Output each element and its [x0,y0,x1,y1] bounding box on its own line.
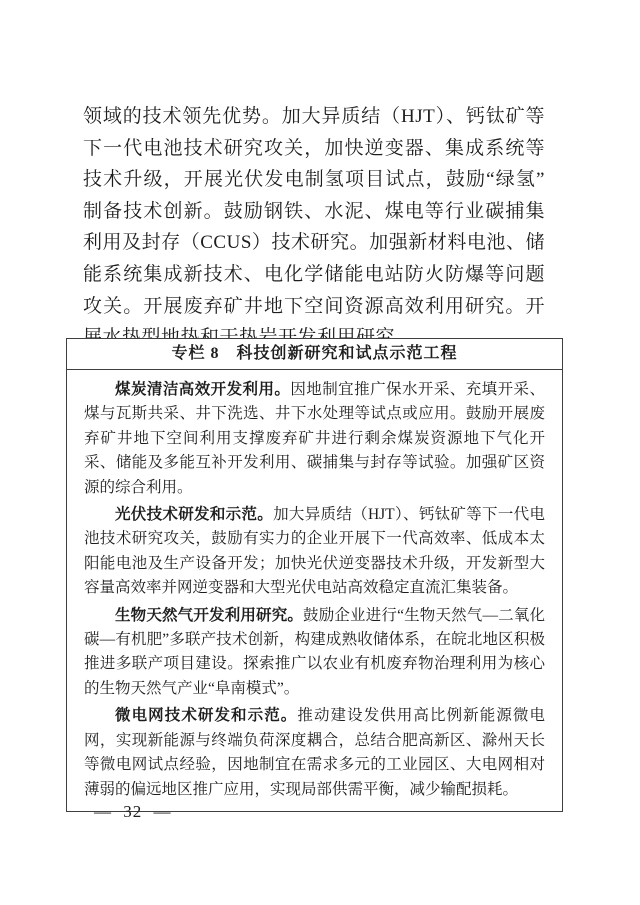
paragraph-text: 因地制宜推广保水开采、充填开采、煤与瓦斯共采、井下洗选、井下水处理等试点或应用。… [84,381,545,496]
callout-box: 专栏 8 科技创新研究和试点示范工程 煤炭清洁高效开发利用。因地制宜推广保水开采… [66,338,563,812]
document-page: 领域的技术领先优势。加大异质结（HJT）、钙钛矿等下一代电池技术研究攻关，加快逆… [0,0,640,905]
callout-paragraph-biogas: 生物天然气开发利用研究。鼓励企业进行“生物天然气—二氧化碳—有机肥”多联产技术创… [84,604,545,702]
paragraph-lead: 微电网技术研发和示范。 [115,707,297,724]
paragraph-lead: 生物天然气开发利用研究。 [115,607,303,624]
paragraph-lead: 煤炭清洁高效开发利用。 [115,381,290,398]
callout-paragraph-photovoltaic: 光伏技术研发和示范。加大异质结（HJT）、钙钛矿等下一代电池技术研究攻关，鼓励有… [84,503,545,601]
callout-paragraph-microgrid: 微电网技术研发和示范。推动建设发供用高比例新能源微电网，实现新能源与终端负荷深度… [84,704,545,802]
callout-box-title: 专栏 8 科技创新研究和试点示范工程 [67,339,562,370]
body-paragraph: 领域的技术领先优势。加大异质结（HJT）、钙钛矿等下一代电池技术研究攻关，加快逆… [83,101,545,354]
paragraph-lead: 光伏技术研发和示范。 [115,506,273,523]
callout-paragraph-coal: 煤炭清洁高效开发利用。因地制宜推广保水开采、充填开采、煤与瓦斯共采、井下洗选、井… [84,378,545,500]
page-number: — 32 — [94,802,172,822]
callout-box-body: 煤炭清洁高效开发利用。因地制宜推广保水开采、充填开采、煤与瓦斯共采、井下洗选、井… [67,370,562,811]
